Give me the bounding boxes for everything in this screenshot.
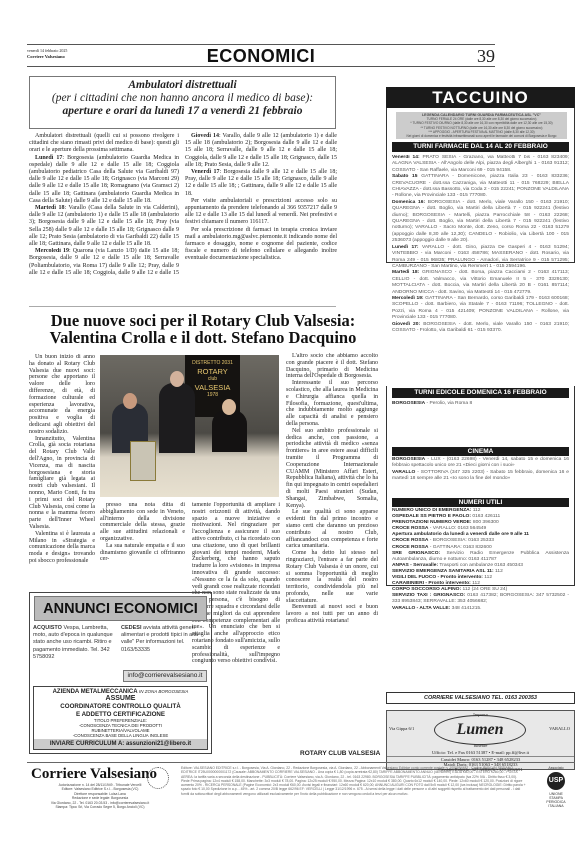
rotary-col-2: presso una nota ditta di abbigliamento c…	[100, 502, 185, 587]
cinema-list: BORGOSESIA - LUX - (0163 22698) - Venerd…	[392, 457, 569, 483]
turno-item: Martedì 18: GRIGNASCO - dott. Borsa, pia…	[392, 270, 569, 296]
rotary-signature: ROTARY CLUB VALSESIA	[300, 750, 380, 757]
rotary-headline: Due nuove soci per il Rotary Club Valses…	[29, 312, 377, 346]
ambulatori-day: Giovedì 14: Varallo, dalle 9 alle 12 (am…	[185, 133, 337, 169]
ambulatori-day: Mercoledì 19: Quarona (via Lanzio 1/D) d…	[29, 248, 179, 276]
footer-info: Autorizzazione n. 14 del 28/11/1949 - Tr…	[35, 783, 165, 809]
rotary-pennant	[130, 441, 156, 481]
numero-item: VARALLO - ALTA VALLE: 348 4141215.	[392, 606, 569, 612]
ambulatori-day: Martedì 18: Varallo (Casa della Salute i…	[29, 205, 179, 248]
numeri-utili-title: NUMERI UTILI	[392, 498, 569, 507]
edicole-title: TURNI EDICOLE DOMENICA 16 FEBBRAIO	[392, 388, 569, 398]
ambulatori-headline-box: Ambulatori distrettuali (per i cittadini…	[29, 76, 336, 129]
corriere-tel-banner: CORRIERE VALSESIANO TEL. 0163 200353	[386, 692, 575, 704]
rotary-photo: DISTRETTO 2031 ROTARY club VALSESIA 1978	[100, 355, 279, 497]
turni-farmacie-list: Venerdì 14: PRATO SESIA - Graziano, via …	[392, 155, 569, 385]
page-header: venerdì 14 febbraio 2025 Corriere Valses…	[27, 44, 495, 67]
head	[123, 393, 137, 409]
edicole-item: BORGOSESIA - Perolio, via Roma 8	[392, 401, 569, 407]
section-title: ECONOMICI	[27, 46, 495, 67]
turno-item: Giovedì 20: BORGOSESIA - dott. Merlo, vi…	[392, 322, 569, 335]
turno-item: Sabato 15 GATTINARA - Domenicone, piazza…	[392, 174, 569, 200]
ambulatori-visite: Per visite ambulatoriali e prescrizioni …	[185, 198, 337, 227]
corriere-logo: Corriere Valsesiano	[31, 766, 157, 783]
job-ad: AZIENDA METALMECCANICA IN ZONA BORGOSESI…	[33, 686, 208, 750]
ambulatori-col-2: Giovedì 14: Varallo, dalle 9 alle 12 (am…	[185, 133, 337, 263]
rotary-col-1: Un buon inizio di anno ha donato al Rota…	[29, 354, 95, 589]
numero-item: SRE GRIGNASCO: Servizio Radio Emergenze …	[392, 551, 569, 563]
usp-logo-icon: USP	[547, 772, 565, 790]
head	[170, 371, 184, 387]
page-footer: Corriere Valsesiano Autorizzazione n. 14…	[27, 762, 575, 810]
annunci-box: ANNUNCI ECONOMICI ACQUISTO Vespa, Lambre…	[29, 592, 212, 754]
lumen-logo: Lumen	[434, 715, 526, 745]
lumen-ad: Impresa Lumen Via Gippa 6/1 VARALLO fune…	[386, 710, 575, 770]
ambulatori-farmaci: Per sola prescrizione di farmaci in tera…	[185, 227, 337, 263]
ambulatori-title-2: (per i cittadini che non hanno ancora il…	[30, 92, 335, 105]
taccuino-title: TACCUINO	[386, 87, 575, 108]
annuncio-1: ACQUISTO Vespa, Lambretta, moto, auto d'…	[33, 625, 115, 661]
cinema-item: VARALLO - SOTTORIVA (347 325 2203) - Sab…	[392, 470, 569, 483]
rotary-col-4: L'altro socio che abbiamo accolto con gr…	[286, 353, 378, 751]
numero-item: SERVIZIO TAXI : GRIGNASCO: 0163 417382; …	[392, 593, 569, 605]
head	[222, 399, 236, 415]
turni-farmacie-title: TURNI FARMACIE DAL 14 AL 20 FEBBRAIO	[392, 142, 569, 152]
annunci-title: ANNUNCI ECONOMICI	[34, 596, 207, 621]
person-center	[159, 383, 195, 453]
annunci-email-link[interactable]: info@corrierevalsesiano.it	[123, 670, 207, 682]
turno-item: Domenica 16: BORGOSESIA - dott. Merlo, v…	[392, 200, 569, 245]
turno-item: Venerdì 14: PRATO SESIA - Graziano, via …	[392, 155, 569, 174]
numeri-utili-list: NUMERO UNICO DI EMERGENZA: 112 OSPEDALE …	[392, 508, 569, 612]
turno-item: Lunedì 17: VARALLO - dott. Gino, piazza …	[392, 245, 569, 271]
cinema-item: BORGOSESIA - LUX - (0163 22698) - Venerd…	[392, 457, 569, 470]
turno-item: Mercoledì 19: GATTINARA - San Bernardo, …	[392, 296, 569, 322]
ambulatori-title-1: Ambulatori distrettuali	[30, 79, 335, 92]
divider	[29, 306, 336, 307]
ambulatori-day: Venerdì 17: Borgosesia dalle 9 alle 12 e…	[185, 169, 337, 198]
annuncio-2: CEDESI avviata attività generi alimentar…	[121, 625, 207, 654]
cinema-title: CINEMA	[392, 447, 569, 456]
footer-editorial: Editore: VALSESIANO EDITRICE s.r.l. - Bo…	[181, 766, 526, 796]
ambulatori-day: Lunedì 17: Borgosesia (ambulatorio Guard…	[29, 155, 179, 205]
person-right	[212, 410, 247, 452]
ambulatori-title-3: aperture e orari da lunedì 17 a venerdì …	[30, 105, 335, 118]
legenda-box: LEGENDA CALENDARIO TURNI GUARDIA FARMACE…	[396, 112, 567, 139]
job-send-email[interactable]: INVIARE CURRICULUM A: assunzioni21@liber…	[34, 739, 207, 749]
usp-badge: Associato USP UNIONE STAMPA PERIODICA IT…	[538, 766, 574, 808]
ambulatori-intro: Ambulatori distrettuali (quelli cui si p…	[29, 133, 179, 155]
page-number: 39	[477, 46, 495, 67]
ambulatori-col-1: Ambulatori distrettuali (quelli cui si p…	[29, 133, 179, 276]
